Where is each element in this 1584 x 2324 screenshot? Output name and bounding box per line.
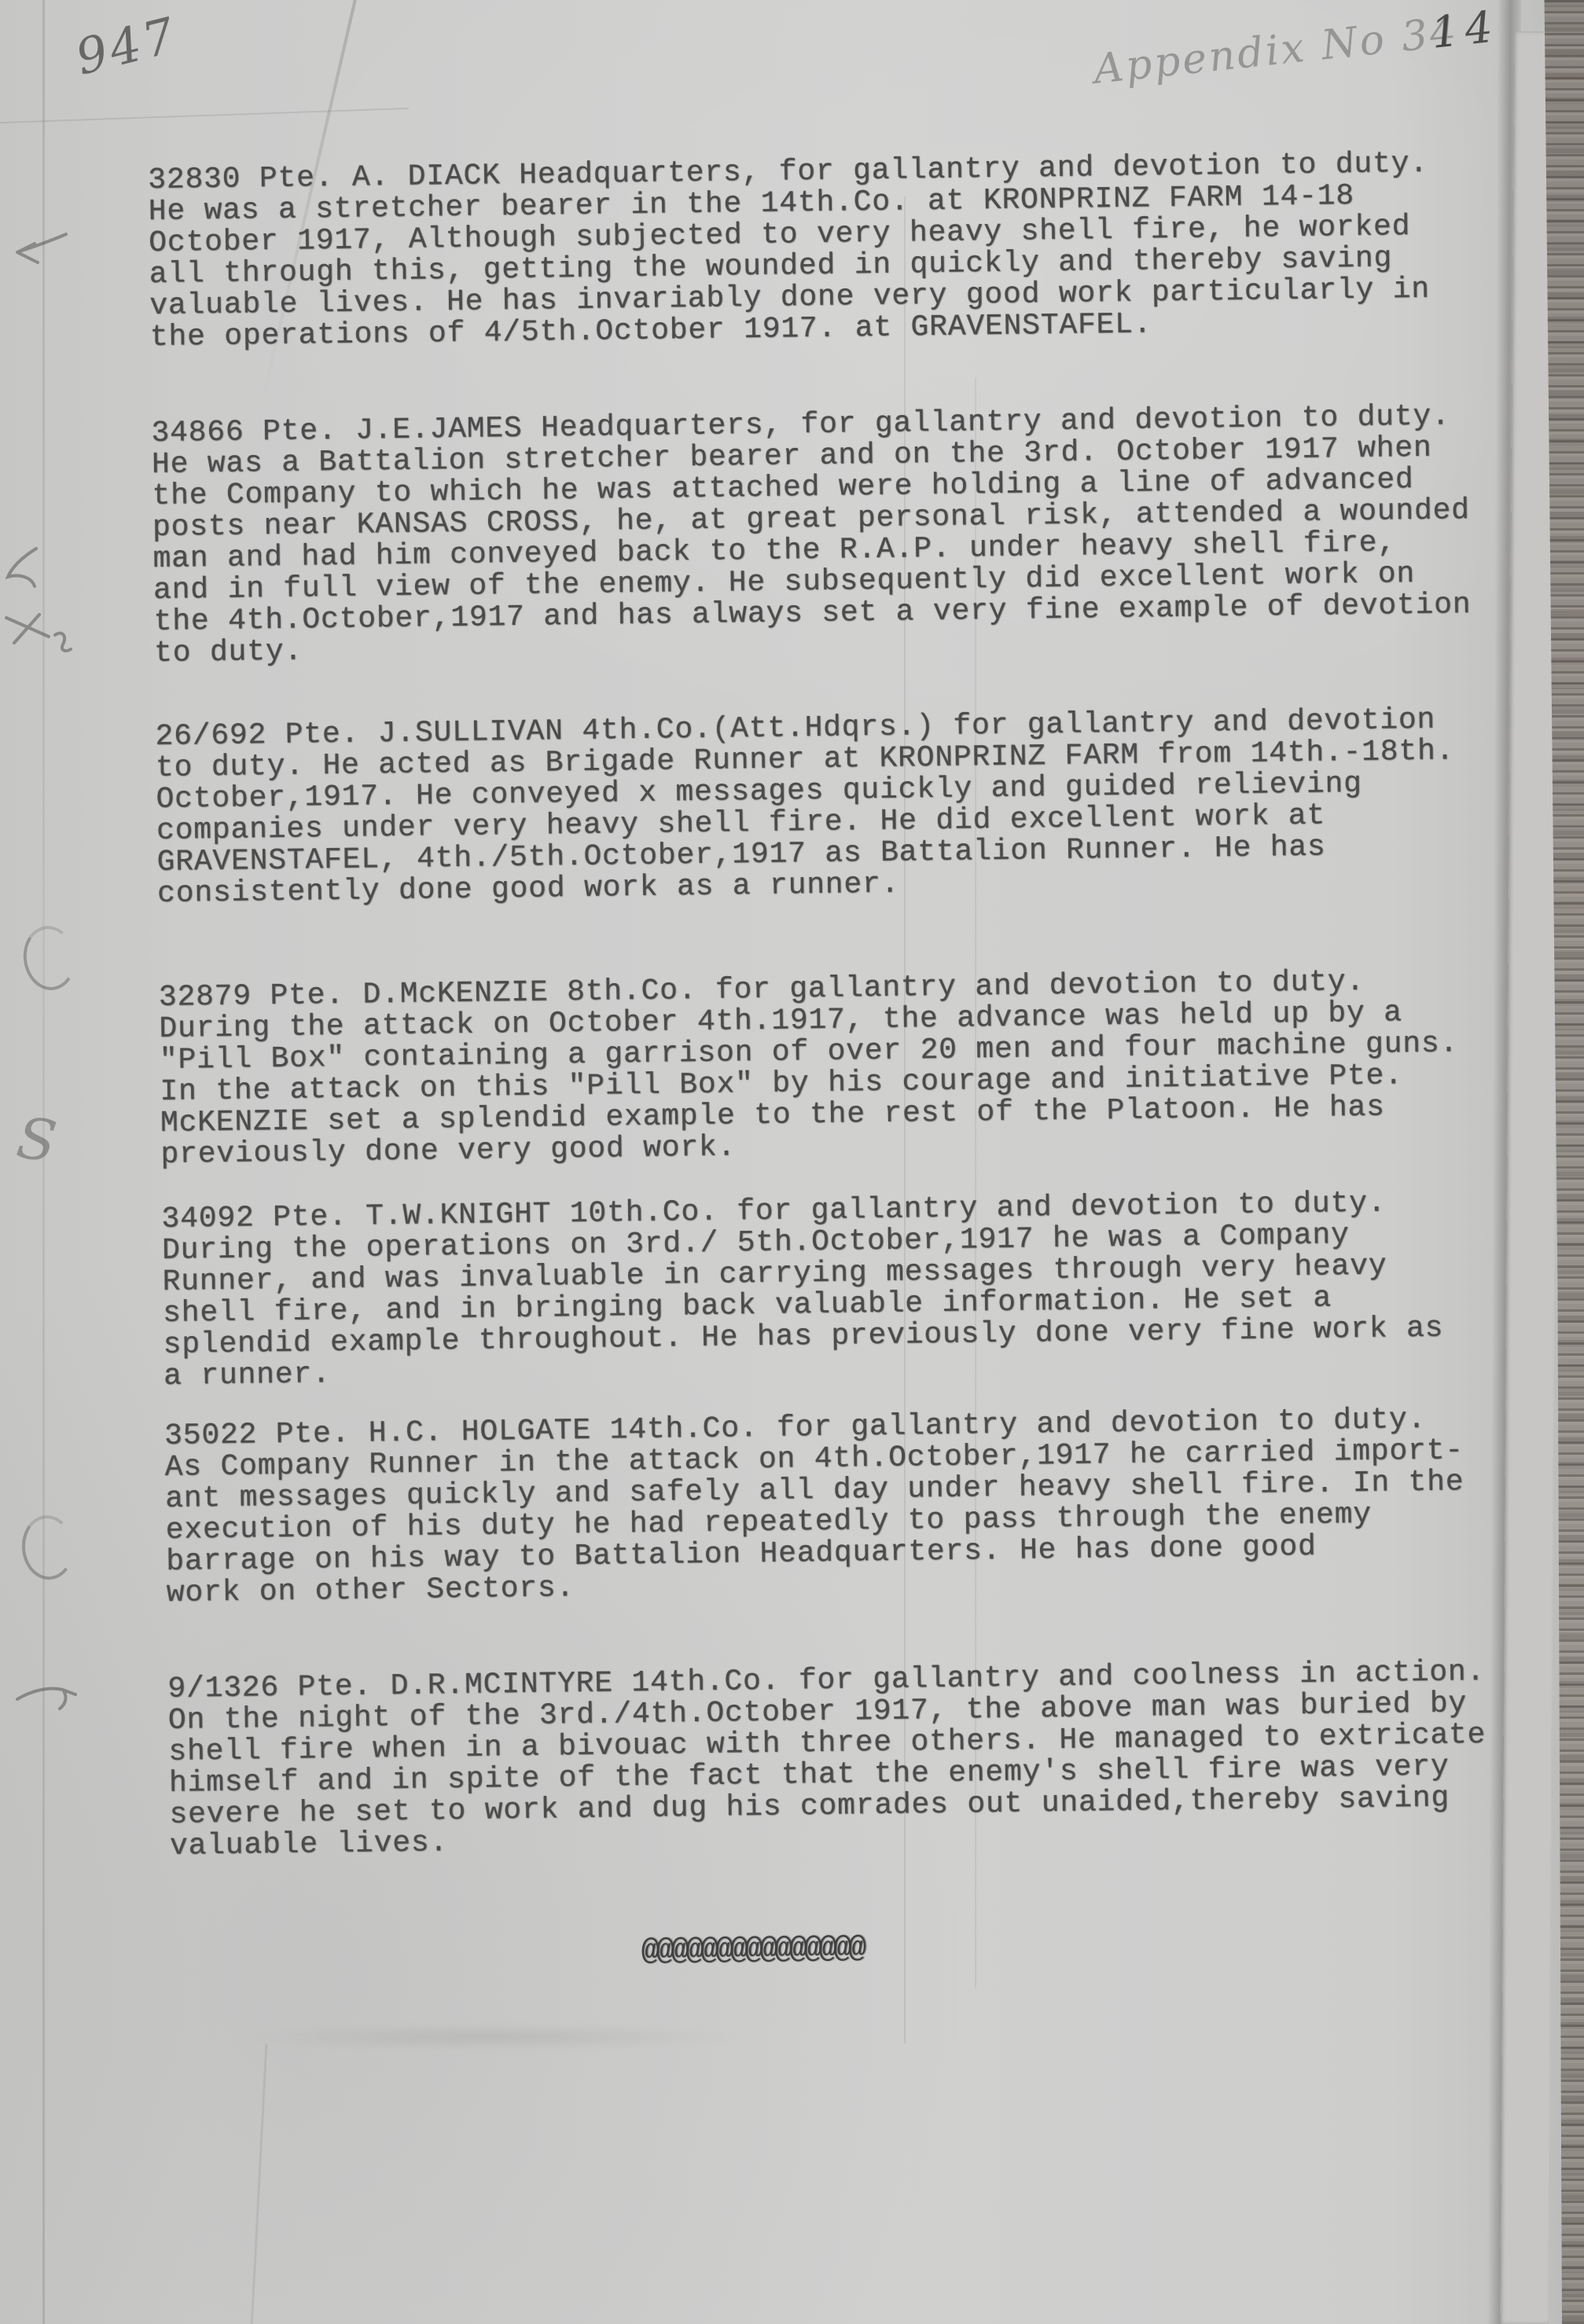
citation-mckenzie: 32879 Pte. D.McKENZIE 8th.Co. for gallan…: [159, 965, 1460, 1171]
citation-holgate: 35022 Pte. H.C. HOLGATE 14th.Co. for gal…: [164, 1404, 1465, 1610]
handwritten-page-number: 947: [70, 6, 183, 86]
pencil-arc-mark: [20, 923, 80, 993]
typed-separator-row: @@@@@@@@@@@@@@@: [641, 1933, 864, 1968]
typed-text-block: 32830 Pte. A. DIACK Headquarters, for ga…: [148, 148, 1489, 165]
paper-crease-horizontal: [0, 108, 409, 123]
pencil-scribble-mark: [0, 542, 86, 652]
citation-knight: 34092 Pte. T.W.KNIGHT 10th.Co. for galla…: [161, 1188, 1444, 1393]
citation-diack: 32830 Pte. A. DIACK Headquarters, for ga…: [148, 149, 1431, 354]
pencil-arc-mark-2: [20, 1513, 77, 1581]
paper-crease-left-edge: [42, 0, 45, 2324]
pencil-dash-mark: [13, 1672, 88, 1715]
citation-sullivan: 26/692 Pte. J.SULLIVAN 4th.Co.(Att.Hdqrs…: [155, 704, 1456, 910]
ink-transfer-smudge: [236, 2024, 739, 2050]
scanned-document-page: 947 Appendix No 3414 S 32830 Pte. A. DIA…: [0, 0, 1584, 2324]
citation-james: 34866 Pte. J.E.JAMES Headquarters, for g…: [151, 401, 1472, 670]
handwritten-appendix-note: Appendix No 3414: [1091, 1, 1501, 94]
paper-crease-bottom: [251, 2043, 268, 2324]
citation-mcintyre: 9/1326 Pte. D.R.MCINTYRE 14th.Co. for ga…: [167, 1657, 1487, 1863]
pencil-s-mark: S: [13, 1104, 61, 1175]
appendix-note-dark-overlay: 14: [1428, 1, 1501, 58]
appendix-note-light-text: Appendix No 34: [1091, 9, 1460, 94]
pencil-arrow-mark: [11, 226, 72, 277]
